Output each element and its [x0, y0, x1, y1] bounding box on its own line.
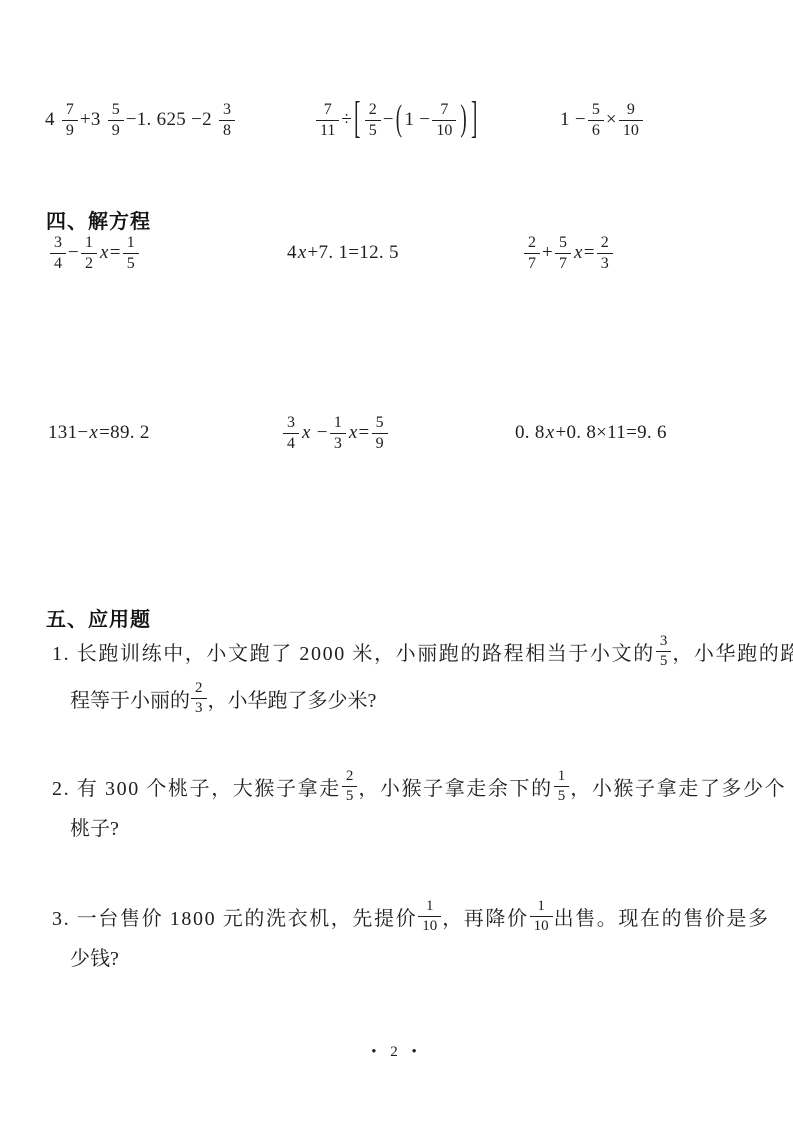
math-text: 少钱? — [70, 942, 119, 971]
math-text: − — [312, 422, 328, 444]
calc-expression-1: 4 79+3 59−1. 625 −2 38 — [45, 93, 237, 147]
numerator: 7 — [320, 101, 336, 119]
calc-expression-2: 711÷[25−(1 −710)] — [314, 93, 480, 147]
math-text: − — [68, 242, 79, 264]
math-text: +7. 1=12. 5 — [308, 242, 399, 264]
math-text: 131− — [48, 422, 88, 444]
denominator: 3 — [330, 433, 346, 452]
math-text: = — [110, 242, 121, 264]
math-text: 4 — [287, 242, 297, 264]
denominator: 9 — [372, 433, 388, 452]
problem-2-line-2: 桃子? — [70, 806, 119, 846]
denominator: 11 — [316, 120, 339, 139]
fraction: 23 — [597, 234, 613, 272]
numerator: 7 — [62, 101, 78, 119]
numerator: 7 — [436, 101, 452, 119]
numerator: 3 — [219, 101, 235, 119]
numerator: 1 — [554, 768, 570, 785]
math-text: +3 — [80, 109, 106, 131]
bracket: ( — [396, 99, 403, 142]
equation-2: 4x+7. 1=12. 5 — [287, 227, 399, 279]
math-text: 1 − — [404, 109, 430, 131]
fraction: 15 — [554, 768, 570, 803]
math-text: 程等于小丽的 — [70, 684, 190, 713]
fraction: 110 — [530, 898, 553, 933]
equation-5: 34x −13x=59 — [281, 407, 390, 459]
denominator: 4 — [283, 433, 299, 452]
numerator: 2 — [365, 101, 381, 119]
denominator: 5 — [123, 253, 139, 272]
numerator: 1 — [330, 414, 346, 432]
numerator: 2 — [342, 768, 358, 785]
denominator: 9 — [62, 120, 78, 139]
denominator: 5 — [365, 120, 381, 139]
fraction: 25 — [342, 768, 358, 803]
problem-3-line-1: 3. 一台售价 1800 元的洗衣机，先提价110，再降价110出售。现在的售价… — [52, 891, 770, 941]
numerator: 2 — [597, 234, 613, 252]
math-variable: x — [88, 422, 99, 444]
bracket: ] — [471, 94, 478, 146]
denominator: 4 — [50, 253, 66, 272]
fraction: 13 — [330, 414, 346, 452]
numerator: 5 — [372, 414, 388, 432]
math-text: ，小猴子拿走了多少个 — [570, 772, 786, 801]
denominator: 5 — [656, 651, 672, 669]
math-variable: x — [99, 242, 110, 264]
fraction: 79 — [62, 101, 78, 139]
fraction: 34 — [283, 414, 299, 452]
math-text: 2. 有 300 个桃子，大猴子拿走 — [52, 772, 341, 801]
fraction: 35 — [656, 633, 672, 668]
denominator: 8 — [219, 120, 235, 139]
math-text: = — [359, 422, 370, 444]
math-variable: x — [348, 422, 359, 444]
calc-expression-3: 1 −56×910 — [560, 93, 645, 147]
denominator: 10 — [418, 916, 441, 934]
fraction: 711 — [316, 101, 339, 139]
numerator: 5 — [108, 101, 124, 119]
numerator: 3 — [283, 414, 299, 432]
math-text: 桃子? — [70, 812, 119, 841]
denominator: 7 — [555, 253, 571, 272]
math-text: 4 — [45, 109, 60, 131]
math-text: ，小华跑的路 — [672, 637, 793, 666]
denominator: 10 — [432, 120, 456, 139]
bracket: [ — [354, 94, 361, 146]
fraction: 910 — [619, 101, 643, 139]
equation-4: 131−x=89. 2 — [48, 407, 150, 459]
denominator: 3 — [597, 253, 613, 272]
fraction: 23 — [191, 680, 207, 715]
math-text: 0. 8 — [515, 422, 545, 444]
page-number: • 2 • — [0, 1044, 793, 1061]
fraction: 56 — [588, 101, 604, 139]
numerator: 1 — [533, 898, 549, 915]
numerator: 1 — [81, 234, 97, 252]
denominator: 3 — [191, 698, 207, 716]
math-variable: x — [297, 242, 308, 264]
fraction: 110 — [418, 898, 441, 933]
problem-1-line-1: 1. 长跑训练中，小文跑了 2000 米，小丽跑的路程相当于小文的35，小华跑的… — [52, 626, 793, 676]
numerator: 3 — [50, 234, 66, 252]
equation-3: 27+57x=23 — [522, 227, 615, 279]
fraction: 710 — [432, 101, 456, 139]
math-text: 1 − — [560, 109, 586, 131]
problem-3-line-2: 少钱? — [70, 936, 119, 976]
fraction: 12 — [81, 234, 97, 272]
math-text: ÷ — [341, 109, 352, 131]
fraction: 25 — [365, 101, 381, 139]
denominator: 5 — [554, 786, 570, 804]
fraction: 34 — [50, 234, 66, 272]
equation-6: 0. 8x+0. 8×11=9. 6 — [515, 407, 667, 459]
math-text: × — [606, 109, 617, 131]
denominator: 5 — [342, 786, 358, 804]
denominator: 10 — [619, 120, 643, 139]
numerator: 1 — [422, 898, 438, 915]
numerator: 2 — [191, 680, 207, 697]
denominator: 6 — [588, 120, 604, 139]
numerator: 3 — [656, 633, 672, 650]
math-text: +0. 8×11=9. 6 — [555, 422, 666, 444]
math-variable: x — [301, 422, 312, 444]
numerator: 2 — [524, 234, 540, 252]
math-text: = — [584, 242, 595, 264]
fraction: 27 — [524, 234, 540, 272]
denominator: 2 — [81, 253, 97, 272]
math-text: 1. 长跑训练中，小文跑了 2000 米，小丽跑的路程相当于小文的 — [52, 637, 655, 666]
fraction: 15 — [123, 234, 139, 272]
math-variable: x — [573, 242, 584, 264]
bracket: ) — [460, 99, 467, 142]
fraction: 59 — [108, 101, 124, 139]
math-text: ，小华跑了多少米? — [208, 684, 377, 713]
math-text: =89. 2 — [99, 422, 150, 444]
problem-2-line-1: 2. 有 300 个桃子，大猴子拿走25，小猴子拿走余下的15，小猴子拿走了多少… — [52, 761, 786, 811]
fraction: 38 — [219, 101, 235, 139]
numerator: 1 — [123, 234, 139, 252]
equation-1: 34−12x=15 — [48, 227, 141, 279]
denominator: 9 — [108, 120, 124, 139]
numerator: 5 — [588, 101, 604, 119]
numerator: 5 — [555, 234, 571, 252]
math-text: + — [542, 242, 553, 264]
math-text: − — [383, 109, 394, 131]
math-text: ，小猴子拿走余下的 — [358, 772, 552, 801]
numerator: 9 — [623, 101, 639, 119]
fraction: 59 — [372, 414, 388, 452]
worksheet-page: 4 79+3 59−1. 625 −2 38 711÷[25−(1 −710)]… — [0, 0, 793, 1121]
math-text: 出售。现在的售价是多 — [554, 902, 770, 931]
denominator: 10 — [530, 916, 553, 934]
math-text: ，再降价 — [442, 902, 528, 931]
math-variable: x — [545, 422, 556, 444]
fraction: 57 — [555, 234, 571, 272]
math-text: −1. 625 −2 — [126, 109, 217, 131]
denominator: 7 — [524, 253, 540, 272]
problem-1-line-2: 程等于小丽的23，小华跑了多少米? — [70, 673, 376, 723]
math-text: 3. 一台售价 1800 元的洗衣机，先提价 — [52, 902, 417, 931]
